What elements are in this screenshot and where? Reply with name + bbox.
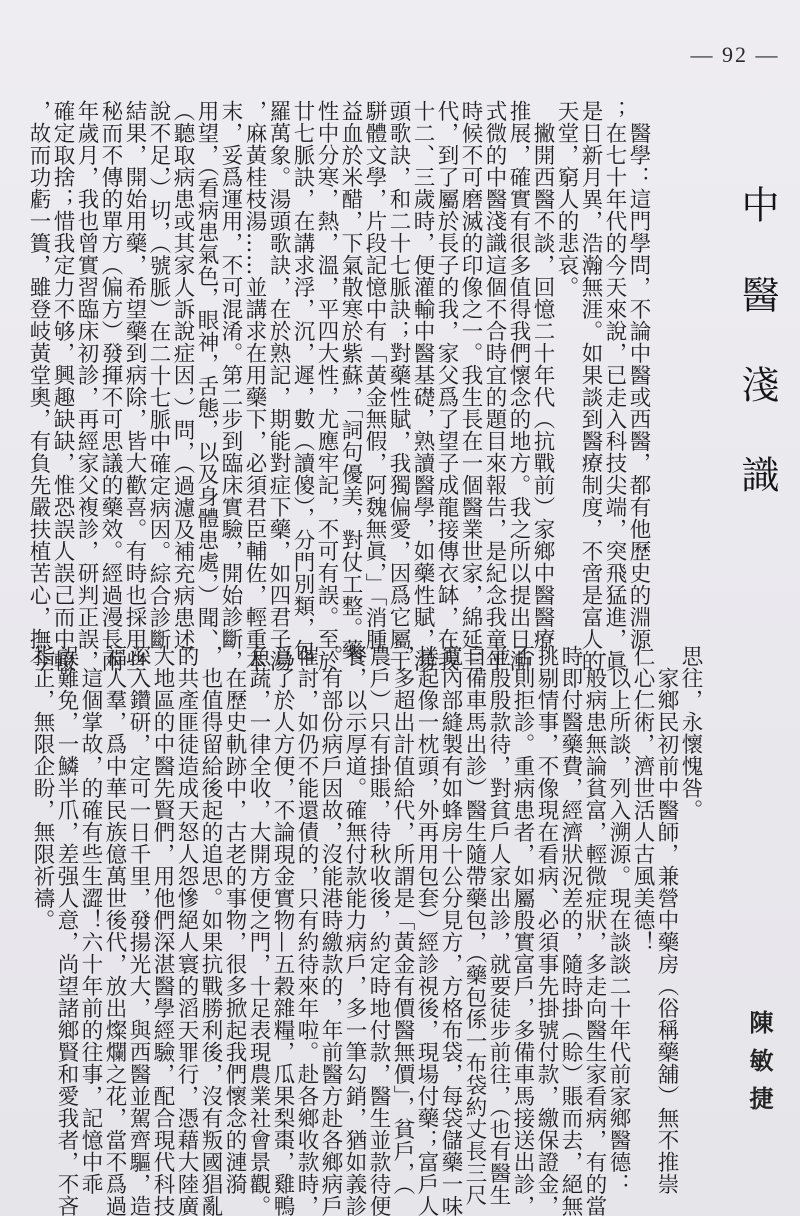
text-column: （聽取病患或其家人訴說症因，）問，（過濾及補充病患述 xyxy=(170,100,194,630)
text-column: 在歷史軌跡中，古老的事物，很多掀起我們懷念的漣漪 xyxy=(222,645,246,1195)
article-author: 陳敏捷 xyxy=(742,1010,777,1124)
text-column: 的共產匪徒造成天怒人怨慘絕人寰的滔天罪行，憑藉大陸廣 xyxy=(174,645,198,1195)
text-column: ，多超出計值給代，所謂是「黃金有價醫無價」，貧戶，（ xyxy=(390,645,414,1195)
scanned-page: — 92 — 中醫淺識 陳敏捷 醫學：這門學問，不論中醫或西醫，都有他歷史的淵源… xyxy=(0,0,800,1216)
text-column: 式微的中醫淺識這個不合時宜的題目來報告，是紀念我童年 xyxy=(482,100,506,630)
text-column: 頭歌訣，和二十七脈訣；對藥性賦，我獨偏愛，因爲它屬于 xyxy=(386,100,410,630)
text-column: 捲起像一枕頭，外再用包套）經診視後，現場付藥；富戶人家 xyxy=(414,645,438,1195)
text-column: 自備車馬出診）醫生隨帶藥包，（藥包係一布袋約丈長三尺 xyxy=(462,645,486,1195)
text-column: 羅萬象。湯頭歌訣，在於熟記，期能對症下藥，如四君子湯 xyxy=(266,100,290,630)
text-column: 性中分寒，熱，溫，平四大性，尤應牢記，不可有誤。至於 xyxy=(314,100,338,630)
text-column: 一般病患無論貧富，輕微症狀，多走向醫生家看病，有的當 xyxy=(582,645,606,1195)
text-column: 秘而不傳的單方（偏方）發揮不可思議的藥效。經過漫長兩 xyxy=(98,100,122,630)
text-column: 寬內部縫製有如蜂房十公分見方，方格布袋，每袋儲藥一味， xyxy=(438,645,462,1195)
text-column: ；在七十年代的今天來說，已走入科技尖端，突飛猛進，眞 xyxy=(602,100,626,630)
text-column: 催討，如仍不能還債的，只有約待來年啦。赴各鄉收款時， xyxy=(294,645,318,1195)
text-column: 益血於米醋，下氣散寒於紫蘇，「詞句優美，對仗工整。藥 xyxy=(338,100,362,630)
text-column: 爲了於人方便，不論現金實物—五穀雜糧，瓜果梨棗，雞鴨 xyxy=(270,645,294,1195)
text-column: 餐，以示厚道。確無付款能力病戶，多一筆勾銷，猶如義診 xyxy=(342,645,366,1195)
text-column: 代，到了屬於長子的我，家父爲了望子成龍接傳衣缽，在我 xyxy=(434,100,458,630)
text-column: 推展，確實有很多值得我們懷念的地方。我之所以提出日漸 xyxy=(506,100,530,630)
text-column: 福人羣，爲中華民族億萬世後代，放出燦爛之花，當不爲過。 xyxy=(102,645,126,1195)
text-column: 魚蔬，一律全收，大開方便之門，十足表現農業社會景觀。 xyxy=(246,645,270,1195)
text-column: 深入鑽研，定可一日千里，發揚光大，與西醫並駕齊驅，造 xyxy=(126,645,150,1195)
text-column: ，故而功虧一簣，雖登岐黃堂奧，有負先嚴扶植苦心，撫今 xyxy=(26,100,50,630)
text-column: 十二、三歲時，便灌輸中醫基礎，熟讀醫學，如藥性賦，湯 xyxy=(410,100,434,630)
text-column: 末，妥爲運用，不可混淆。第二步到臨床實驗，開始診斷， xyxy=(218,100,242,630)
text-column: 醫學：這門學問，不論中醫或西醫，都有他歷史的淵源 xyxy=(626,100,650,630)
text-column: 否則拒診。重病患者，如屬殷實富戶，多備車馬接送出診， xyxy=(510,645,534,1195)
article-title: 中醫淺識 xyxy=(730,185,785,545)
text-column: 以上所談，列入溯源。現在談談二十年代前家鄉醫德： xyxy=(606,645,630,1195)
text-column: 年歲月，我也曾實習臨床初診，再經家父複診，研判正誤， xyxy=(74,100,98,630)
text-column: 是日新月異，浩瀚無涯。如果談到醫療制度，不啻是富人的 xyxy=(578,100,602,630)
text-column: 這個掌故，的確有些生澀！六十年前的往事，記憶中乖 xyxy=(78,645,102,1195)
text-column: 駢體文學，片段記憶中有「黃金無假，阿魏無眞，」「消腫 xyxy=(362,100,386,630)
text-column: 誤難免，一鱗半爪，差强人意，尚望諸鄉賢和愛我者，不吝 xyxy=(54,645,78,1195)
text-column: 時候不可磨滅的印像之一。我生長在一個醫業世家，綿延三 xyxy=(458,100,482,630)
page-number: — 92 — xyxy=(680,42,790,68)
text-column: 挑剔情事，不像現在看病、必須事先掛號付款，繳保證金， xyxy=(534,645,558,1195)
text-column: 指正，無限企盼，無限祈禱。 xyxy=(30,645,54,1195)
text-column: 。有部份病戶因故，沒能港時繳款的，年前醫方赴各鄉病戶 xyxy=(318,645,342,1195)
text-column: ，也值得留給後起的追思。如果抗戰勝利後，沒有叛國猖亂 xyxy=(198,645,222,1195)
text-column: 大地區的中醫先賢們，用他們深湛醫學經驗，配合現代科技 xyxy=(150,645,174,1195)
text-column: 說不足，）切，（號脈）在二十七脈中確定病因。綜合診斷 xyxy=(146,100,170,630)
text-column: 用望，（看病患氣色，眼神，舌態，以及身體患處，）聞、 xyxy=(194,100,218,630)
text-column: 思往，永懷愧咎。 xyxy=(678,645,702,1195)
text-column: 農戶）只有掛賬，待秋收後，約定時地付款，醫生並款待便 xyxy=(366,645,390,1195)
text-column: 確定取捨；惜我定力不够，興趣缺缺，惟恐誤人誤己而中輟 xyxy=(50,100,74,630)
text-column: 天堂，窮人的悲哀。 xyxy=(554,100,578,630)
text-column: 撇開西醫不談，回憶二十年代（抗戰前）家鄉中醫醫療 xyxy=(530,100,554,630)
body-text-bottom: 思往，永懷愧咎。 家鄉民初前中醫師，兼營中藥房（俗稱藥舖）無不推崇仁心仁術，濟世… xyxy=(30,645,702,1195)
text-column: 家鄉民初前中醫師，兼營中藥房（俗稱藥舖）無不推崇 xyxy=(654,645,678,1195)
text-column: 並殷殷款待，對貧戶人家出診，就要徒步前往，（也有醫生 xyxy=(486,645,510,1195)
text-column: 結果，開始用藥，希望藥到病除，皆大歡喜。有時也採用些 xyxy=(122,100,146,630)
text-column: 時即付醫藥費，經濟狀況差的，隨時掛（賒）賬而去，絕無 xyxy=(558,645,582,1195)
text-column: 廿七脈訣，在講求浮，沉，遲，數（讀傻），分門別類，包 xyxy=(290,100,314,630)
text-column: 仁心仁術，濟世活人古風美德！ xyxy=(630,645,654,1195)
text-column: ，麻黃桂枝湯……並講求在用藥下，必須君臣輔佐，輕重本 xyxy=(242,100,266,630)
body-text-top: 醫學：這門學問，不論中醫或西醫，都有他歷史的淵源；在七十年代的今天來說，已走入科… xyxy=(26,100,650,630)
